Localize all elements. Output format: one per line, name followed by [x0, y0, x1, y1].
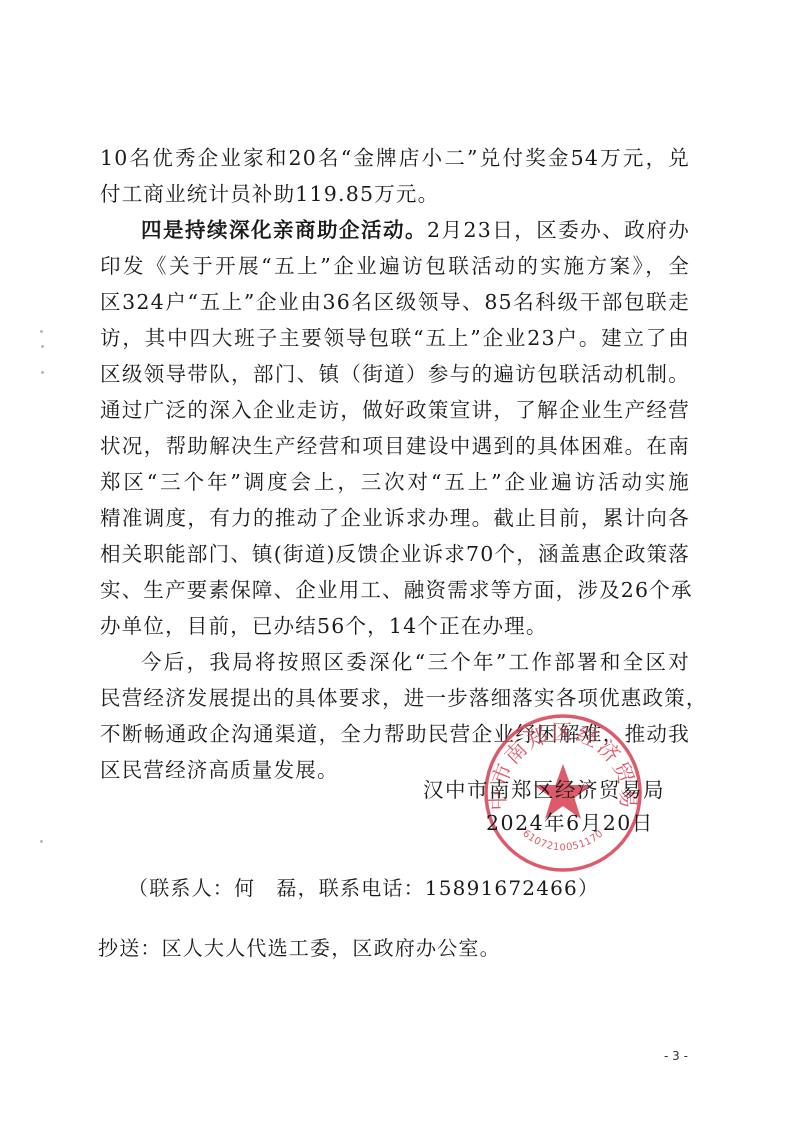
paragraph-line: 办单位，目前，已办结56个，14个正在办理。: [100, 608, 690, 644]
paragraph-line: 10名优秀企业家和20名“金牌店小二”兑付奖金54万元，兑: [100, 140, 690, 176]
paragraph-line: 区级领导带队，部门、镇（街道）参与的遍访包联活动机制。: [100, 356, 690, 392]
paragraph-line: 付工商业统计员补助119.85万元。: [100, 176, 690, 212]
scan-artifact: [41, 345, 44, 348]
paragraph-line: 郑区“三个年”调度会上，三次对“五上”企业遍访活动实施: [100, 464, 690, 500]
paragraph-line: 今后，我局将按照区委深化“三个年”工作部署和全区对: [100, 644, 690, 680]
cc-recipients: 抄送：区人大人代选工委，区政府办公室。: [98, 932, 501, 961]
signature-organization: 汉中市南郑区经济贸易局: [423, 775, 665, 805]
paragraph-line: 通过广泛的深入企业走访，做好政策宣讲，了解企业生产经营: [100, 392, 690, 428]
paragraph-line: 精准调度，有力的推动了企业诉求办理。截止目前，累计向各: [100, 500, 690, 536]
paragraph-line: 印发《关于开展“五上”企业遍访包联活动的实施方案》，全: [100, 248, 690, 284]
paragraph-text: 2月23日，区委办、政府办: [427, 218, 690, 242]
signature-date: 2024年6月20日: [486, 808, 654, 838]
page-number: - 3 -: [664, 1049, 688, 1063]
paragraph-line: 相关职能部门、镇(街道)反馈企业诉求70个，涵盖惠企政策落: [100, 536, 690, 572]
scan-artifact: [41, 371, 44, 374]
scan-artifact: [40, 330, 43, 333]
paragraph-line: 民营经济发展提出的具体要求，进一步落细落实各项优惠政策，: [100, 680, 690, 716]
paragraph-line: 区324户“五上”企业由36名区级领导、85名科级干部包联走: [100, 284, 690, 320]
paragraph-line: 四是持续深化亲商助企活动。2月23日，区委办、政府办: [100, 212, 690, 248]
section-heading: 四是持续深化亲商助企活动。: [141, 218, 427, 242]
paragraph-line: 访，其中四大班子主要领导包联“五上”企业23户。建立了由: [100, 320, 690, 356]
paragraph-line: 实、生产要素保障、企业用工、融资需求等方面，涉及26个承: [100, 572, 690, 608]
document-page: 10名优秀企业家和20名“金牌店小二”兑付奖金54万元，兑 付工商业统计员补助1…: [0, 0, 794, 1122]
body-text: 10名优秀企业家和20名“金牌店小二”兑付奖金54万元，兑 付工商业统计员补助1…: [100, 140, 690, 788]
paragraph-line: 状况，帮助解决生产经营和项目建设中遇到的具体困难。在南: [100, 428, 690, 464]
scan-artifact: [40, 840, 43, 843]
contact-info: （联系人：何 磊，联系电话：15891672466）: [128, 872, 599, 901]
